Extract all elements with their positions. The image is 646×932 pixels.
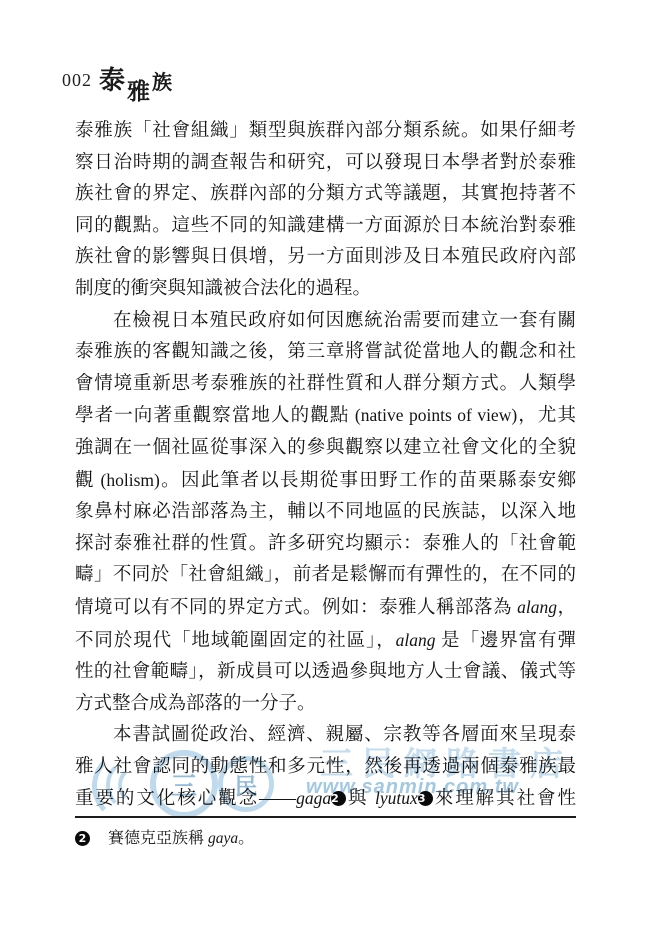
- body-line: 探討泰雅社群的性質。許多研究均顯示：泰雅人的「社會範: [75, 529, 576, 561]
- body-line: 本書試圖從政治、經濟、親屬、宗教等各層面來呈現泰: [75, 720, 576, 752]
- body-line: 性的社會範疇」，新成員可以透過參與地方人士會議、儀式等: [75, 657, 576, 689]
- body-line-segment: 探討泰雅社群的性質。許多研究均顯示：泰雅人的「社會範: [75, 534, 576, 554]
- body-line: 泰雅族的客觀知識之後，第三章將嘗試從當地人的觀念和社: [75, 337, 576, 369]
- body-line-segment: 性的社會範疇」，新成員可以透過參與地方人士會議、儀式等: [75, 662, 576, 682]
- circled-number-badge: 2: [331, 791, 346, 806]
- body-line-segment: 情境可以有不同的界定方式。例如：泰雅人稱部落為: [75, 598, 517, 618]
- body-line-segment: 本書試圖從政治、經濟、親屬、宗教等各層面來呈現泰: [113, 725, 576, 745]
- circled-number-badge: 3: [418, 791, 433, 806]
- body-line-segment: alang: [517, 597, 557, 617]
- body-line: 同的觀點。這些不同的知識建構一方面源於日本統治對泰雅: [75, 211, 576, 243]
- body-line: 制度的衝突與知識被合法化的過程。: [75, 274, 576, 306]
- body-line-segment: 象鼻村麻必浩部落為主，輔以不同地區的民族誌，以深入地: [75, 502, 576, 522]
- body-line-segment: (native points of view): [349, 405, 517, 425]
- body-line-segment: ，尤其: [517, 406, 576, 426]
- body-line-segment: 是「邊界富有彈: [436, 631, 576, 651]
- running-title-char: 族: [152, 66, 172, 95]
- body-line: 學者一向著重觀察當地人的觀點 (native points of view)，尤…: [75, 400, 576, 433]
- body-line: 象鼻村麻必浩部落為主，輔以不同地區的民族誌，以深入地: [75, 497, 576, 529]
- body-line: 會情境重新思考泰雅族的社群性質和人群分類方式。人類學: [75, 369, 576, 401]
- body-line-segment: gaga: [296, 788, 331, 808]
- body-line-segment: 泰雅族「社會組織」類型與族群內部分類系統。如果仔細考: [75, 121, 576, 141]
- body-line: 泰雅族「社會組織」類型與族群內部分類系統。如果仔細考: [75, 116, 576, 148]
- body-line-segment: 制度的衝突與知識被合法化的過程。: [75, 279, 371, 299]
- footnote-term: gaya: [208, 830, 238, 847]
- body-text: 泰雅族「社會組織」類型與族群內部分類系統。如果仔細考察日治時期的調查報告和研究，…: [75, 116, 576, 816]
- body-line-segment: ，: [557, 598, 576, 618]
- body-line: 不同於現代「地域範圍固定的社區」，alang 是「邊界富有彈: [75, 625, 576, 658]
- body-line: 雅人社會認同的動態性和多元性，然後再透過兩個泰雅族最: [75, 752, 576, 784]
- page-number: 002: [62, 70, 92, 91]
- body-line: 察日治時期的調查報告和研究，可以發現日本學者對於泰雅: [75, 148, 576, 180]
- body-line-segment: lyutux: [375, 788, 418, 808]
- body-line: 情境可以有不同的界定方式。例如：泰雅人稱部落為 alang，: [75, 592, 576, 625]
- body-line-segment: 。因此筆者以長期從事田野工作的苗栗縣泰安鄉: [160, 471, 576, 491]
- body-line-segment: 觀: [75, 471, 95, 491]
- running-title: 泰 雅 族: [99, 56, 179, 102]
- body-line-segment: 會情境重新思考泰雅族的社群性質和人群分類方式。人類學: [75, 374, 576, 394]
- body-line-segment: 泰雅族的客觀知識之後，第三章將嘗試從當地人的觀念和社: [75, 342, 576, 362]
- body-line-segment: 不同於現代「地域範圍固定的社區」，: [75, 631, 396, 651]
- body-line-segment: (holism): [95, 470, 160, 490]
- body-line: 方式整合成為部落的一分子。: [75, 689, 576, 721]
- body-line-segment: 在檢視日本殖民政府如何因應統治需要而建立一套有關: [113, 311, 576, 331]
- body-line: 強調在一個社區從事深入的參與觀察以建立社會文化的全貌: [75, 433, 576, 465]
- book-page: 002 泰 雅 族 三 民 三民網路書店 www.sanmin.com.tw 泰…: [0, 0, 646, 932]
- body-line-segment: 疇」不同於「社會組織」，前者是鬆懈而有彈性的，在不同的: [75, 565, 576, 585]
- body-line: 在檢視日本殖民政府如何因應統治需要而建立一套有關: [75, 306, 576, 338]
- body-line: 觀 (holism)。因此筆者以長期從事田野工作的苗栗縣泰安鄉: [75, 465, 576, 498]
- body-line: 重要的文化核心觀念——gaga2與 lyutux3來理解其社會性: [75, 783, 576, 816]
- footnote-badge: 2: [75, 831, 90, 846]
- footnote-rule: [75, 816, 576, 818]
- body-line-segment: 來理解其社會性: [433, 789, 576, 809]
- body-line: 族社會的界定、族群內部的分類方式等議題，其實抱持著不: [75, 179, 576, 211]
- body-line-segment: 雅人社會認同的動態性和多元性，然後再透過兩個泰雅族最: [75, 757, 576, 777]
- body-line-segment: 重要的文化核心觀念——: [75, 789, 296, 809]
- body-line-segment: 察日治時期的調查報告和研究，可以發現日本學者對於泰雅: [75, 153, 576, 173]
- body-line: 疇」不同於「社會組織」，前者是鬆懈而有彈性的，在不同的: [75, 560, 576, 592]
- footnote-text-end: 。: [238, 830, 254, 847]
- body-line-segment: 強調在一個社區從事深入的參與觀察以建立社會文化的全貌: [75, 438, 576, 458]
- body-line-segment: 族社會的影響與日俱增，另一方面則涉及日本殖民政府內部: [75, 247, 576, 267]
- running-title-char: 雅: [127, 73, 150, 106]
- body-line-segment: 與: [346, 789, 375, 809]
- body-line-segment: alang: [396, 630, 436, 650]
- running-title-char: 泰: [99, 60, 125, 97]
- footnote-text: 賽德克亞族稱: [108, 830, 208, 847]
- body-line-segment: 族社會的界定、族群內部的分類方式等議題，其實抱持著不: [75, 184, 576, 204]
- body-line-segment: 同的觀點。這些不同的知識建構一方面源於日本統治對泰雅: [75, 216, 576, 236]
- body-line-segment: 學者一向著重觀察當地人的觀點: [75, 406, 349, 426]
- body-line-segment: 方式整合成為部落的一分子。: [75, 694, 316, 714]
- footnote: 2賽德克亞族稱 gaya。: [75, 827, 576, 851]
- body-line: 族社會的影響與日俱增，另一方面則涉及日本殖民政府內部: [75, 242, 576, 274]
